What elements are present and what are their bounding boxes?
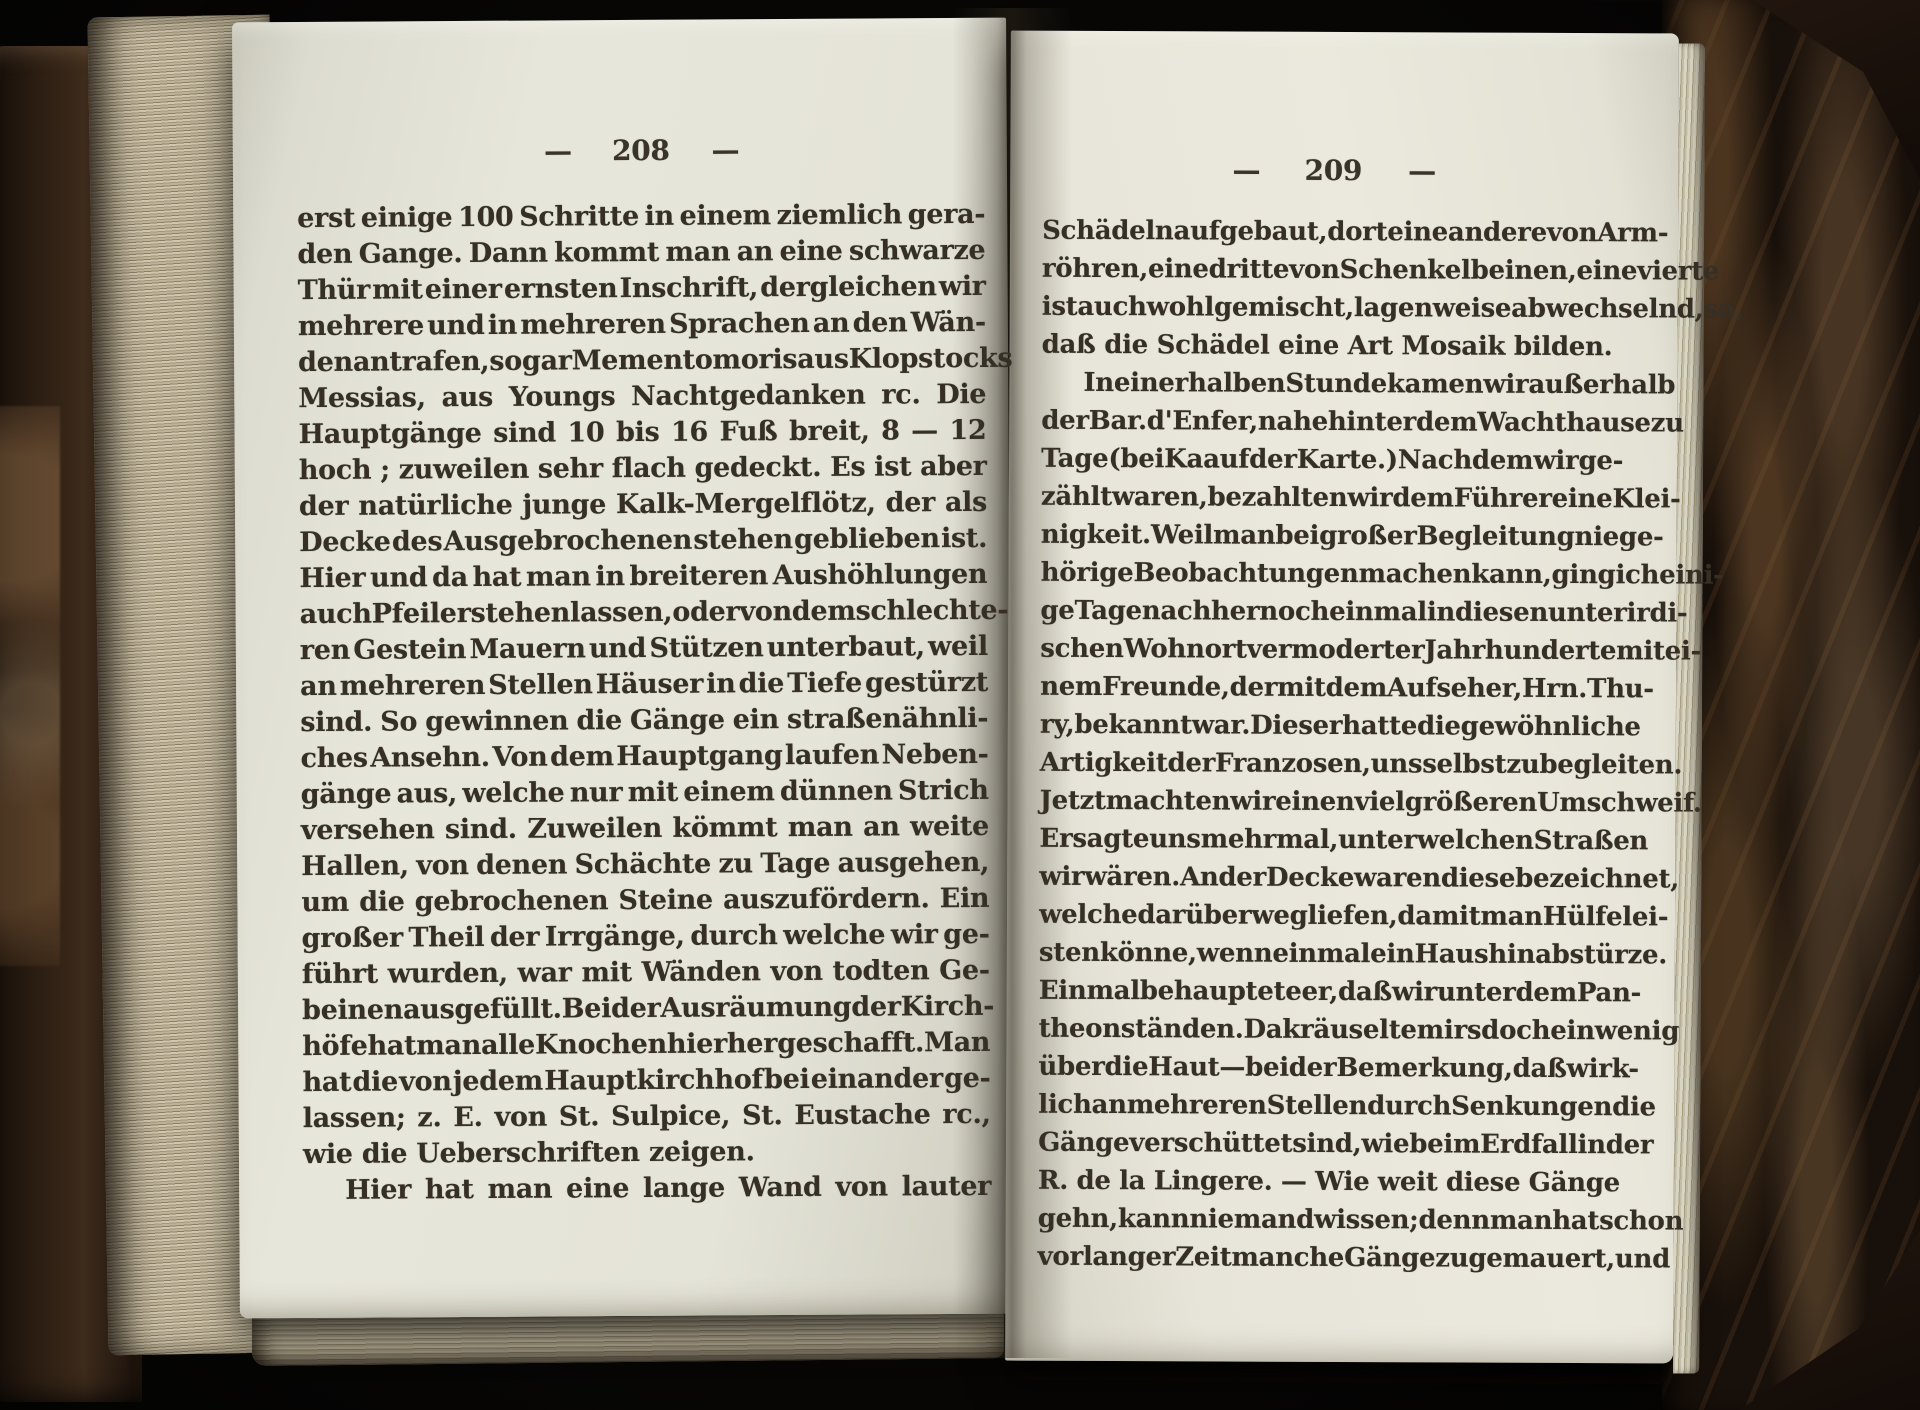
text-line: mehrereundinmehrerenSprachenandenWän-: [298, 305, 986, 345]
page-208-text-column: — 208 — ersteinige100Schritteineinemziem…: [297, 132, 992, 1209]
text-line: ry,bekanntwar.Dieserhattediegewöhnliche: [1040, 706, 1622, 747]
book-photo: — 208 — ersteinige100Schritteineinemziem…: [0, 0, 1920, 1410]
text-line: dernatürlichejungeKalk-Mergelflötz,deral…: [299, 485, 987, 525]
text-line: höfehatmanalleKnochenhierhergeschafft.Ma…: [302, 1025, 990, 1065]
text-line: HierhatmaneinelangeWandvonlauter: [303, 1169, 991, 1209]
text-line: HierunddahatmaninbreiterenAushöhlungen: [299, 557, 987, 597]
page-header-209: — 209 —: [1042, 153, 1624, 189]
text-line: geTagenachhernocheinmalindiesenunterirdi…: [1040, 592, 1622, 633]
text-line: ThürmiteinerernstenInschrift,dergleichen…: [298, 269, 986, 309]
header-dash: —: [712, 133, 738, 166]
text-line: DeckedesAusgebrochenenstehengebliebenist…: [299, 521, 987, 561]
text-line: hatdievonjedemHauptkirchhofbeieinanderge…: [302, 1061, 990, 1101]
page-header-208: — 208 —: [297, 132, 985, 169]
text-line: wirwären.AnderDeckewarendiesebezeichnet,: [1039, 858, 1621, 899]
text-line: nigkeit.WeilmanbeigroßerBegleitungniege-: [1041, 516, 1623, 557]
text-line: vorlangerZeitmancheGängezugemauert,und: [1038, 1238, 1620, 1279]
text-line: versehensind.Zuweilenkömmtmananweite: [301, 809, 989, 849]
text-line: stenkönne,wenneinmaleinHaushinabstürze.: [1039, 934, 1621, 975]
text-line: lassen;z.E.vonSt.Sulpice,St.Eustacherc.,: [303, 1097, 991, 1137]
text-line: ersteinige100Schritteineinemziemlichgera…: [297, 197, 985, 237]
text-line: Gängeverschüttetsind,wiebeimErdfallinder: [1038, 1124, 1620, 1165]
text-line: umdiegebrochenenSteineauszufördern.Ein: [301, 881, 989, 921]
text-line: wie die Ueberschriften zeigen.: [303, 1133, 991, 1173]
page-number-209: 209: [1305, 154, 1363, 187]
text-line: schenWohnortvermoderterJahrhundertemitei…: [1040, 630, 1622, 671]
text-line: beinenausgefüllt.BeiderAusräumungderKirc…: [302, 989, 990, 1029]
header-dash: —: [1408, 154, 1434, 187]
text-line: Messias,ausYoungsNachtgedankenrc.Die: [298, 377, 986, 417]
header-dash: —: [544, 134, 570, 167]
header-dash: —: [1233, 154, 1259, 187]
text-line: renGesteinMauernundStützenunterbaut,weil: [300, 629, 988, 669]
text-line: zähltwaren,bezahltenwirdemFührereineKlei…: [1041, 478, 1623, 519]
text-line: sind.SogewinnendieGängeeinstraßenähnli-: [300, 701, 988, 741]
text-line: nemFreunde,dermitdemAufseher,Hrn.Thu-: [1040, 668, 1622, 709]
text-line: auchPfeilerstehenlassen,odervondemschlec…: [300, 593, 988, 633]
text-line: theonständen.Dakräuseltemirsdocheinwenig: [1039, 1010, 1621, 1051]
text-line: hörigeBeobachtungenmachenkann,gingichein…: [1041, 554, 1623, 595]
text-line: Hauptgängesind10bis16Fußbreit,8—12: [298, 413, 986, 453]
text-line: großerTheilderIrrgänge,durchwelchewirge-: [302, 917, 990, 957]
text-line: Einmalbehaupteteer,daßwirunterdemPan-: [1039, 972, 1621, 1013]
text-line: Ersagteunsmehrmal,unterwelchenStraßen: [1039, 820, 1621, 861]
text-line: gehn,kannniemandwissen;dennmanhatschon: [1038, 1200, 1620, 1241]
marble-patch: [0, 406, 60, 966]
text-line: überdieHaut—beiderBemerkung,daßwirk-: [1038, 1048, 1620, 1089]
text-line: Tage(beiKaaufderKarte.)Nachdemwirge-: [1041, 440, 1623, 481]
text-line: derBar.d'Enfer,nahehinterdemWachthausezu: [1041, 402, 1623, 443]
leather-corner-bottom: [1662, 1230, 1920, 1410]
text-line: röhren,einedrittevonSchenkelbeinen,einev…: [1042, 250, 1624, 291]
text-line: daß die Schädel eine Art Mosaik bilden.: [1042, 326, 1624, 367]
text-line: chesAnsehn.VondemHauptganglaufenNeben-: [300, 737, 988, 777]
text-line: JetztmachtenwireinenvielgrößerenUmschwei…: [1040, 782, 1622, 823]
page-209-text-column: — 209 — Schädelnaufgebaut,dorteineandere…: [1038, 153, 1625, 1279]
text-line: denGange.Dannkommtmananeineschwarze: [297, 233, 985, 273]
text-line: welchedarüberwegliefen,damitmanHülfelei-: [1039, 896, 1621, 937]
page-number-208: 208: [612, 134, 670, 167]
page-209-body-text: Schädelnaufgebaut,dorteineanderevonArm-r…: [1038, 212, 1625, 1279]
text-line: gängeaus,welchenurmiteinemdünnenStrich: [301, 773, 989, 813]
text-line: IneinerhalbenStundekamenwiraußerhalb: [1041, 364, 1623, 405]
text-line: hoch;zuweilensehrflachgedeckt.Esistaber: [299, 449, 987, 489]
page-208-body-text: ersteinige100Schritteineinemziemlichgera…: [297, 197, 991, 1209]
text-line: führtwurden,warmitWändenvontodtenGe-: [302, 953, 990, 993]
text-line: Schädelnaufgebaut,dorteineanderevonArm-: [1042, 212, 1624, 253]
text-line: ArtigkeitderFranzosen,unsselbstzubegleit…: [1040, 744, 1622, 785]
text-line: istauchwohlgemischt,lagenweiseabwechseln…: [1042, 288, 1624, 329]
text-line: anmehrerenStellenHäuserindieTiefegestürz…: [300, 665, 988, 705]
text-line: lichanmehrerenStellendurchSenkungendie: [1038, 1086, 1620, 1127]
text-line: R.delaLingere.—WieweitdieseGänge: [1038, 1162, 1620, 1203]
text-line: denantrafen,sogarMementomorisausKlopstoc…: [298, 341, 986, 381]
text-line: Hallen,vondenenSchächtezuTageausgehen,: [301, 845, 989, 885]
